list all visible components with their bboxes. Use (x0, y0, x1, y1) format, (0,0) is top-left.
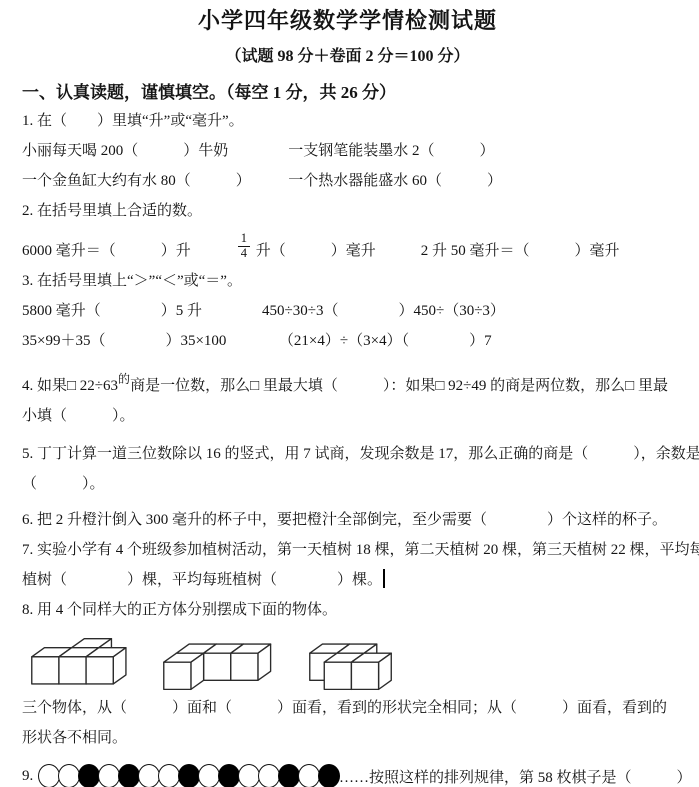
q9-number: 9. (22, 768, 37, 785)
test-paper-page[interactable]: 小学四年级数学学情检测试题 （试题 98 分＋卷面 2 分＝100 分） 一、认… (0, 0, 699, 787)
cube-figure-3 (306, 626, 424, 693)
white-stone (238, 764, 260, 787)
q4-line-1: 4. 如果□ 22÷63的商是一位数，那么□ 里最大填（ ）：如果□ 92÷49… (22, 364, 695, 401)
fraction-numerator: 1 (238, 232, 250, 247)
cube-figure-2 (160, 626, 278, 693)
black-stone (118, 764, 140, 787)
q8-observe-line-1: 三个物体，从（ ）面和（ ）面看，看到的形状完全相同；从（ ）面看，看到的 (22, 693, 695, 723)
fraction-denominator: 4 (238, 247, 250, 260)
page-title: 小学四年级数学学情检测试题 (22, 6, 673, 36)
q1-blank-line-a: 小丽每天喝 200（ ）牛奶 一支钢笔能装墨水 2（ ） (22, 136, 695, 166)
q4-part-post: 商是一位数，那么□ 里最大填（ ）：如果□ 92÷49 的商是两位数，那么□ 里… (130, 378, 668, 394)
q3-stem: 3. 在括号里填上“＞”“＜”或“＝”。 (22, 266, 695, 296)
black-stone (78, 764, 100, 787)
white-stone (298, 764, 320, 787)
text-cursor (383, 569, 385, 588)
fraction-one-quarter: 14 (238, 232, 250, 260)
q5-line-1: 5. 丁丁计算一道三位数除以 16 的竖式，用 7 试商，发现余数是 17，那么… (22, 439, 695, 469)
q2-answer-line: 6000 毫升＝（ ）升 14 升（ ）毫升 2 升 50 毫升＝（ ）毫升 (22, 226, 695, 266)
q4-superscript: 的 (118, 372, 130, 386)
q9-line: 9. ……按照这样的排列规律，第 58 枚棋子是（ ） (22, 759, 695, 787)
white-stone (258, 764, 280, 787)
q4-line-2: 小填（ ）。 (22, 401, 695, 431)
q3-compare-line-b: 35×99＋35（ ）35×100 （21×4）÷（3×4）（ ）7 (22, 326, 695, 356)
q5-line-2: （ ）。 (22, 469, 695, 499)
cube-figures-row (28, 627, 695, 693)
section-heading: 一、认真读题，谨慎填空。（每空 1 分，共 26 分） (22, 80, 695, 106)
q6-line: 6. 把 2 升橙汁倒入 300 毫升的杯子中，要把橙汁全部倒完，至少需要（ ）… (22, 505, 695, 535)
q9-question-text: ……按照这样的排列规律，第 58 枚棋子是（ ） (339, 766, 692, 787)
score-note: （试题 98 分＋卷面 2 分＝100 分） (22, 46, 673, 68)
white-stone (198, 764, 220, 787)
q3-compare-line-a: 5800 毫升（ ）5 升 450÷30÷3（ ）450÷（30÷3） (22, 296, 695, 326)
black-stone (218, 764, 240, 787)
q2-part-post: 升（ ）毫升 2 升 50 毫升＝（ ）毫升 (252, 243, 620, 259)
q7-line-1: 7. 实验小学有 4 个班级参加植树活动，第一天植树 18 棵，第二天植树 20… (22, 535, 695, 565)
q7-line-2: 植树（ ）棵，平均每班植树（ ）棵。 (22, 565, 695, 595)
q4-part-pre: 4. 如果□ 22÷63 (22, 378, 118, 394)
black-stone (278, 764, 300, 787)
white-stone (158, 764, 180, 787)
q1-stem: 1. 在（ ）里填“升”或“毫升”。 (22, 106, 695, 136)
white-stone (98, 764, 120, 787)
q8-observe-line-2: 形状各不相同。 (22, 723, 695, 753)
q2-part-pre: 6000 毫升＝（ ）升 (22, 243, 236, 259)
white-stone (138, 764, 160, 787)
stone-pattern (38, 764, 338, 787)
cube-figure-1 (28, 626, 146, 693)
white-stone (38, 764, 60, 787)
black-stone (178, 764, 200, 787)
q1-blank-line-b: 一个金鱼缸大约有水 80（ ） 一个热水器能盛水 60（ ） (22, 166, 695, 196)
q8-stem: 8. 用 4 个同样大的正方体分别摆成下面的物体。 (22, 595, 695, 625)
q7-part: 植树（ ）棵，平均每班植树（ ）棵。 (22, 572, 382, 588)
black-stone (318, 764, 340, 787)
q2-stem: 2. 在括号里填上合适的数。 (22, 196, 695, 226)
white-stone (58, 764, 80, 787)
